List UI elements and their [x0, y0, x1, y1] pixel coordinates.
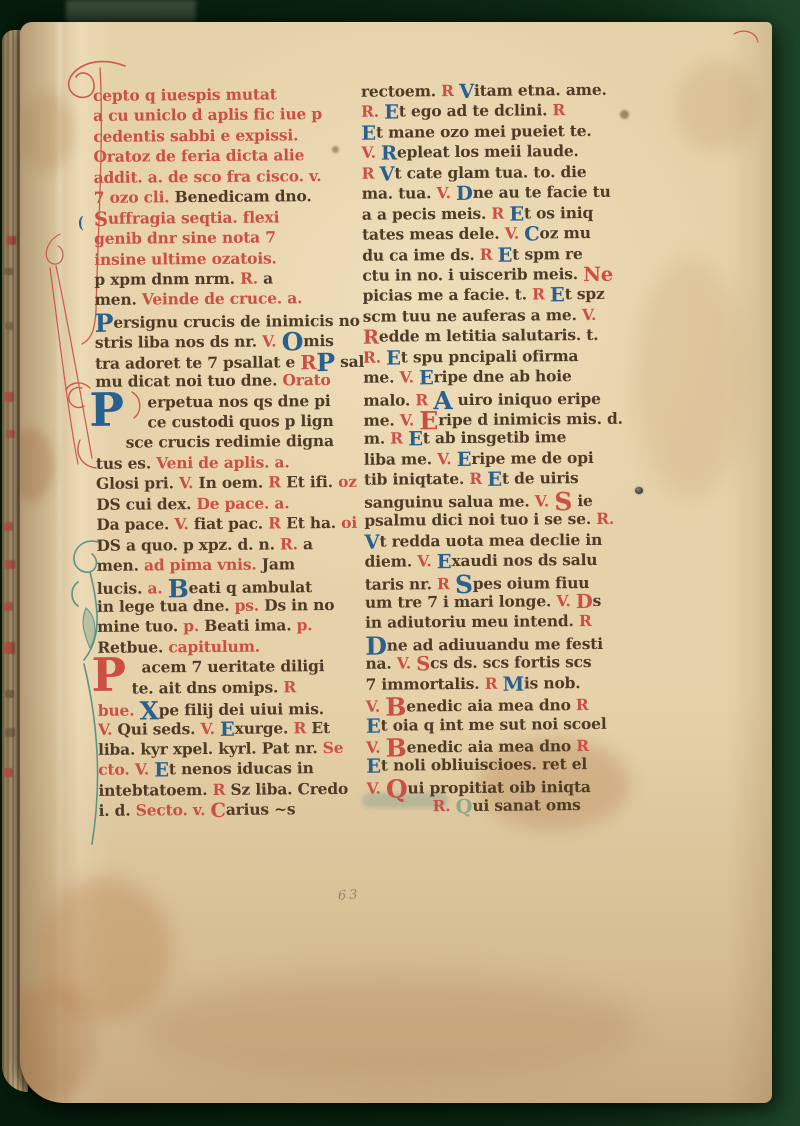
text-run: te. ait dns omips. [132, 677, 284, 697]
text-run: R [268, 514, 286, 533]
text-run: a. [147, 578, 167, 597]
page-edge-text-fragment [4, 642, 15, 654]
text-line: genib dnr sine nota 7 [94, 227, 362, 250]
folio-number-pencil: 63 [338, 887, 362, 904]
text-run: Et ha. [286, 513, 341, 532]
text-run: V. [174, 514, 194, 533]
text-line: Vt redda uota mea declie in [364, 529, 656, 552]
text-run: De pace. a. [196, 493, 289, 513]
text-run: V. [397, 654, 417, 673]
text-line: cedentis sabbi e expissi. [93, 125, 361, 148]
text-line: DS cui dex. De pace. a. [96, 493, 364, 516]
text-run: Et ifi. [286, 472, 338, 491]
text-run: du ca ime ds. [362, 244, 480, 264]
text-run: lucis. [97, 578, 148, 597]
text-run: a cu uniclo d aplis fic iue p [93, 105, 322, 126]
text-line: taris nr. R Spes oium fiuu [365, 570, 657, 593]
text-run: fiat pac. [194, 514, 268, 534]
text-run: V [459, 80, 474, 103]
text-run: Secto. v. [136, 800, 211, 820]
text-run: S [94, 207, 108, 230]
text-run: stris liba nos ds nr. [95, 332, 262, 352]
text-run: R. [363, 347, 386, 366]
text-run: Ne [583, 263, 613, 286]
text-line: Redde m letitia salutaris. t. [363, 325, 655, 348]
text-run: i. d. [98, 801, 135, 820]
text-run: t spm re [512, 244, 583, 264]
text-run: R. [432, 796, 455, 815]
text-run: V. [179, 473, 199, 492]
text-line: cto. V. Et nenos iducas in [98, 758, 366, 781]
text-run: R [491, 203, 509, 222]
page-edge-text-fragment [6, 236, 16, 245]
text-line: Da pace. V. fiat pac. R Et ha. oi [96, 513, 364, 536]
text-run: t os iniq [524, 203, 593, 223]
text-run: t ab insgetib ime [423, 428, 567, 448]
text-run: rectoem. [361, 81, 441, 101]
text-run: Et [311, 718, 330, 737]
text-run: taris nr. [365, 574, 437, 594]
text-run: R [552, 101, 565, 120]
text-line: tra adoret te 7 psallat e RP sal [95, 349, 363, 372]
text-run: E [408, 428, 423, 451]
text-run: V. [436, 183, 456, 202]
text-line: Perpetua nos qs dne pi [95, 390, 363, 413]
text-run: E [487, 468, 502, 491]
text-line: ma. tua. V. Dne au te facie tu [362, 182, 654, 205]
text-line: V. Qui propitiat oib iniqta [366, 774, 658, 797]
text-line: tus es. Veni de aplis. a. [96, 452, 364, 475]
text-line: picias me a facie. t. R Et spz [362, 284, 654, 307]
text-run: E [366, 755, 381, 778]
text-run: t spz [565, 284, 605, 303]
text-run: t mane ozo mei pueiet te. [376, 121, 592, 142]
text-run: C [524, 222, 540, 245]
text-run: cto. V. [98, 760, 154, 779]
text-run: intebtatoem. [98, 780, 212, 800]
text-run: Beati ima. [204, 616, 297, 636]
text-line: a a pecis meis. R Et os iniq [362, 202, 654, 225]
text-line: scm tuu ne auferas a me. V. [363, 304, 655, 327]
text-run: capitulum. [168, 636, 260, 656]
text-line: sce crucis redimie digna [96, 431, 364, 454]
text-run: ma. tua. [362, 183, 437, 203]
text-run: ripe me de opi [471, 448, 593, 468]
text-run: m. [364, 429, 391, 448]
text-run: ie [572, 491, 593, 510]
text-run: ctu in no. i uiscerib meis. [362, 264, 583, 285]
text-line: sanguinu salua me. V. S ie [364, 488, 656, 511]
text-run: uiro iniquo eripe [452, 388, 601, 408]
text-run: enedic aia mea dno [406, 695, 576, 715]
text-run: V. [366, 778, 386, 797]
text-line: 7 ozo cli. Benedicam dno. [94, 186, 362, 209]
text-line: i. d. Secto. v. Carius ~s [98, 799, 366, 822]
text-run: R. [596, 509, 614, 528]
text-run: pe filij dei uiui mis. [159, 699, 324, 719]
text-run: E [154, 759, 169, 782]
text-run: ripe d inimicis mis. d. [438, 409, 623, 429]
text-run: t redda uota mea declie in [379, 530, 602, 551]
text-run: V. [556, 591, 576, 610]
text-run: tib iniqtate. [364, 469, 470, 489]
text-run: E [457, 448, 472, 471]
text-run: na. [365, 654, 396, 673]
text-run: tus es. [96, 453, 156, 472]
text-run: me. [363, 368, 399, 387]
text-run: oi [341, 513, 357, 532]
text-line: V. Qui seds. V. Exurge. R Et [98, 717, 366, 740]
text-run: R [283, 677, 296, 696]
text-run: a [263, 268, 273, 287]
text-line: insine ultime ozatois. [94, 247, 362, 270]
text-run: Orato [282, 370, 330, 389]
text-run: V. [200, 718, 220, 737]
text-line: Persignu crucis de inimicis no [95, 309, 363, 332]
text-line: V. Benedic aia mea dno R [366, 733, 658, 756]
text-run: addit. a. de sco fra cisco. v. [94, 166, 322, 187]
text-run: R [576, 736, 589, 755]
text-run: In oem. [198, 473, 268, 493]
text-line: R Vt cate glam tua. to. die [361, 161, 653, 184]
text-run: R [469, 469, 487, 488]
page-edge-text-fragment [4, 768, 13, 777]
text-run: oz [338, 472, 357, 491]
text-run: R [532, 285, 550, 304]
text-run: V. [361, 143, 381, 162]
text-run: E [366, 714, 381, 737]
text-run: V. [535, 491, 555, 510]
text-run: E [419, 366, 434, 389]
text-run: sce crucis redimie digna [126, 431, 334, 452]
text-run: a a pecis meis. [362, 203, 492, 223]
text-line: tib iniqtate. R Et de uiris [364, 468, 656, 491]
text-run: insine ultime ozatois. [94, 248, 277, 268]
text-run: acem 7 ueritate diligi [141, 656, 324, 676]
text-line: p xpm dnm nrm. R. a [94, 268, 362, 291]
text-run: um tre 7 i mari longe. [365, 591, 557, 612]
page-edge-text-fragment [5, 322, 13, 330]
text-run: R [390, 429, 408, 448]
text-run: diem. [365, 551, 418, 570]
text-line: cepto q iuespis mutat [93, 84, 361, 107]
text-run: sanguinu salua me. [364, 491, 535, 511]
page-edge-text-fragment [6, 430, 15, 438]
text-run: Glosi pri. [96, 474, 179, 494]
text-run: t noli obliuiscioes. ret el [381, 754, 587, 775]
text-line: na. V. Scs ds. scs fortis scs [365, 652, 657, 675]
text-line: me. V. Eripe d inimicis mis. d. [363, 406, 655, 429]
text-line: liba. kyr xpel. kyrl. Pat nr. Se [98, 738, 366, 761]
text-run: V. [505, 224, 525, 243]
text-run: V. [400, 410, 420, 429]
text-run: D [456, 182, 473, 205]
text-run: cedentis sabbi e expissi. [93, 125, 298, 146]
text-run: liba. kyr xpel. kyrl. Pat nr. [98, 738, 323, 759]
text-column-left: cepto q iuespis mutata cu uniclo d aplis… [93, 84, 367, 822]
text-run: E [497, 243, 512, 266]
text-line: mu dicat noi tuo dne. Orato [95, 370, 363, 393]
text-run: R [293, 718, 311, 737]
text-run: R [268, 473, 286, 492]
text-run: xaudi nos ds salu [451, 550, 597, 570]
page-edge-text-fragment [4, 522, 13, 531]
text-line: R. Qui sanat oms [366, 795, 658, 818]
text-run: Da pace. [96, 514, 174, 534]
text-line: Pacem 7 ueritate diligi [97, 656, 365, 679]
text-run: Sz liba. Credo [230, 779, 348, 799]
manuscript-photo: { "page_number": "63", "palette": { "red… [0, 0, 800, 1126]
text-line: 7 immortalis. R Mis nob. [366, 672, 658, 695]
text-run: p. [297, 616, 313, 635]
text-run: oz mu [539, 223, 590, 242]
text-run: itam etna. ame. [474, 80, 607, 100]
text-run: erpetua nos qs dne pi [147, 391, 330, 411]
text-run: tates meas dele. [362, 224, 505, 244]
text-run: a [303, 534, 313, 553]
text-run: E [509, 202, 524, 225]
text-run: V. [98, 719, 118, 738]
text-run: V [379, 162, 394, 185]
text-run: Veinde de cruce. a. [142, 289, 303, 309]
text-run: t cate glam tua. to. die [394, 162, 586, 183]
text-line: diem. V. Exaudi nos ds salu [365, 550, 657, 573]
text-run: V [364, 530, 379, 553]
text-run: R [579, 611, 592, 630]
text-run: V. [417, 551, 437, 570]
text-run: D [576, 590, 593, 613]
text-run: ps. [235, 596, 265, 615]
manuscript-page: cepto q iuespis mutata cu uniclo d aplis… [20, 22, 772, 1103]
text-run: R [437, 574, 455, 593]
text-run: picias me a facie. t. [362, 285, 532, 305]
text-run: Qui seds. [117, 719, 200, 739]
text-run: t oia q int me sut noi scoel [380, 713, 606, 734]
text-line: m. R Et ab insgetib ime [364, 427, 656, 450]
text-run: t nenos iducas in [169, 759, 314, 779]
page-edge-text-fragment [4, 392, 14, 402]
text-run: ad pima vnis. [144, 555, 262, 575]
text-run: E [386, 346, 401, 369]
text-run: genib dnr sine nota 7 [94, 228, 276, 248]
text-line: V. Benedic aia mea dno R [366, 693, 658, 716]
text-line: rectoem. R Vitam etna. ame. [361, 80, 653, 103]
text-line: mine tuo. p. Beati ima. p. [97, 615, 365, 638]
text-run: men. [97, 556, 144, 575]
text-run: scm tuu ne auferas a me. [363, 305, 582, 326]
text-run: t spu pncipali ofirma [401, 346, 579, 366]
text-line: bue. Xpe filij dei uiui mis. [98, 697, 366, 720]
text-run: ce custodi quos p lign [147, 411, 333, 431]
text-line: liba me. V. Eripe me de opi [364, 447, 656, 470]
text-line: Et mane ozo mei pueiet te. [361, 120, 653, 143]
text-run: E [384, 101, 399, 124]
text-run: liba me. [364, 449, 437, 469]
text-run: V. [366, 738, 386, 757]
text-line: tates meas dele. V. Coz mu [362, 223, 654, 246]
text-line: Oratoz de feria dicta alie [93, 145, 361, 168]
text-run: p. [183, 616, 204, 635]
text-run: bue. [98, 701, 140, 720]
text-run: R [480, 244, 498, 263]
text-run: Veni de aplis. a. [156, 452, 289, 472]
text-line: um tre 7 i mari longe. V. Ds [365, 590, 657, 613]
text-line: R. Et spu pncipali ofirma [363, 345, 655, 368]
text-run: E [550, 284, 565, 307]
text-line: lucis. a. Beati q ambulat [97, 574, 365, 597]
text-run: Oratoz de feria dicta alie [93, 146, 304, 167]
text-run: M [502, 672, 524, 695]
page-edge-text-fragment [5, 728, 15, 737]
text-run: ne au te facie tu [473, 182, 611, 202]
text-run: cepto q iuespis mutat [93, 84, 277, 104]
text-run: Se [323, 738, 344, 757]
text-line: psalmu dici noi tuo i se se. R. [364, 509, 656, 532]
text-run: V. [399, 367, 419, 386]
text-run: Benedicam dno. [175, 186, 312, 206]
text-line: Dne ad adiuuandu me festi [365, 631, 657, 654]
text-run: V. [366, 697, 386, 716]
page-edge-text-fragment [5, 560, 15, 569]
text-run: R [361, 163, 379, 182]
text-run: pes oium fiuu [473, 573, 590, 593]
text-run: V. [262, 332, 282, 351]
text-run: sal [335, 351, 364, 370]
text-run: epleat los meii laude. [397, 141, 579, 161]
text-line: ctu in no. i uiscerib meis. Ne [362, 263, 654, 286]
text-run: C [210, 799, 226, 822]
text-run: R. [280, 534, 303, 553]
text-run: t ego ad te dclini. [399, 101, 553, 121]
text-run: E [361, 122, 376, 145]
text-column-right: rectoem. R Vitam etna. ame.R. Et ego ad … [361, 80, 659, 818]
text-run: R [213, 780, 231, 799]
text-line: men. ad pima vnis. Jam [97, 554, 365, 577]
text-line: in adiutoriu meu intend. R [365, 611, 657, 634]
text-run: R [576, 695, 589, 714]
text-run: arius ~s [226, 800, 296, 820]
text-run: me. [363, 410, 399, 429]
text-run: mine tuo. [97, 617, 183, 637]
text-run: R [441, 81, 459, 100]
text-run: Ds in no [264, 595, 334, 615]
text-line: Retbue. capitulum. [97, 636, 365, 659]
text-run: xurge. [235, 718, 294, 737]
text-run: ui sanat oms [472, 795, 580, 815]
text-line: V. Repleat los meii laude. [361, 141, 653, 164]
text-run: R. [361, 102, 384, 121]
text-run: S [416, 653, 430, 676]
page-edge-text-fragment [4, 268, 13, 275]
text-run: in lege tua dne. [97, 596, 235, 616]
text-line: malo. R A uiro iniquo eripe [363, 386, 655, 409]
text-line: intebtatoem. R Sz liba. Credo [98, 779, 366, 802]
text-run: tra adoret te 7 psallat e [95, 352, 300, 373]
text-run: t de uiris [502, 468, 579, 488]
text-run: DS a quo. p xpz. d. n. [96, 534, 280, 554]
text-run: malo. [363, 390, 415, 409]
text-block: cepto q iuespis mutata cu uniclo d aplis… [20, 22, 772, 1103]
text-run: cs ds. scs fortis scs [430, 652, 591, 672]
text-line: (Suffragia seqtia. flexi [94, 206, 362, 229]
text-line: Et oia q int me sut noi scoel [366, 713, 658, 736]
text-run: E [220, 717, 235, 740]
text-run: ripe dne ab hoie [434, 366, 572, 386]
text-line: Et noli obliuiscioes. ret el [366, 754, 658, 777]
text-run: p xpm dnm nrm. [94, 269, 240, 289]
text-run: s [592, 591, 601, 610]
text-run: eati q ambulat [189, 577, 313, 597]
page-edge-text-fragment [4, 602, 13, 611]
text-run: is nob. [524, 673, 581, 692]
text-line: addit. a. de sco fra cisco. v. [94, 166, 362, 189]
paraph-mark: ( [78, 213, 84, 233]
page-edge-text-fragment [5, 690, 14, 698]
text-run: men. [94, 290, 141, 309]
text-line: a cu uniclo d aplis fic iue p [93, 104, 361, 127]
text-line: in lege tua dne. ps. Ds in no [97, 595, 365, 618]
text-run: V. [582, 305, 596, 324]
text-line: ce custodi quos p lign [95, 411, 363, 434]
text-run: R. [240, 269, 263, 288]
text-run: 7 immortalis. [366, 674, 485, 694]
text-run: edde m letitia salutaris. t. [379, 325, 599, 346]
text-line: men. Veinde de cruce. a. [94, 288, 362, 311]
text-run: R [363, 326, 379, 349]
text-line: Glosi pri. V. In oem. R Et ifi. oz [96, 472, 364, 495]
text-run: R [485, 673, 503, 692]
text-run: Jam [262, 554, 295, 573]
text-line: R. Et ego ad te dclini. R [361, 100, 653, 123]
text-run: psalmu dici noi tuo i se se. [364, 509, 596, 530]
text-run: V. [437, 449, 457, 468]
text-run: DS cui dex. [96, 494, 197, 514]
text-run: 7 ozo cli. [94, 187, 175, 207]
text-run: Q [456, 795, 473, 818]
text-line: DS a quo. p xpz. d. n. R. a [96, 533, 364, 556]
text-run: uffragia seqtia. flexi [108, 207, 280, 227]
text-run: in adiutoriu meu intend. [365, 611, 579, 632]
text-run: E [437, 550, 452, 573]
text-line: me. V. Eripe dne ab hoie [363, 366, 655, 389]
text-line: te. ait dns omips. R [98, 676, 366, 699]
